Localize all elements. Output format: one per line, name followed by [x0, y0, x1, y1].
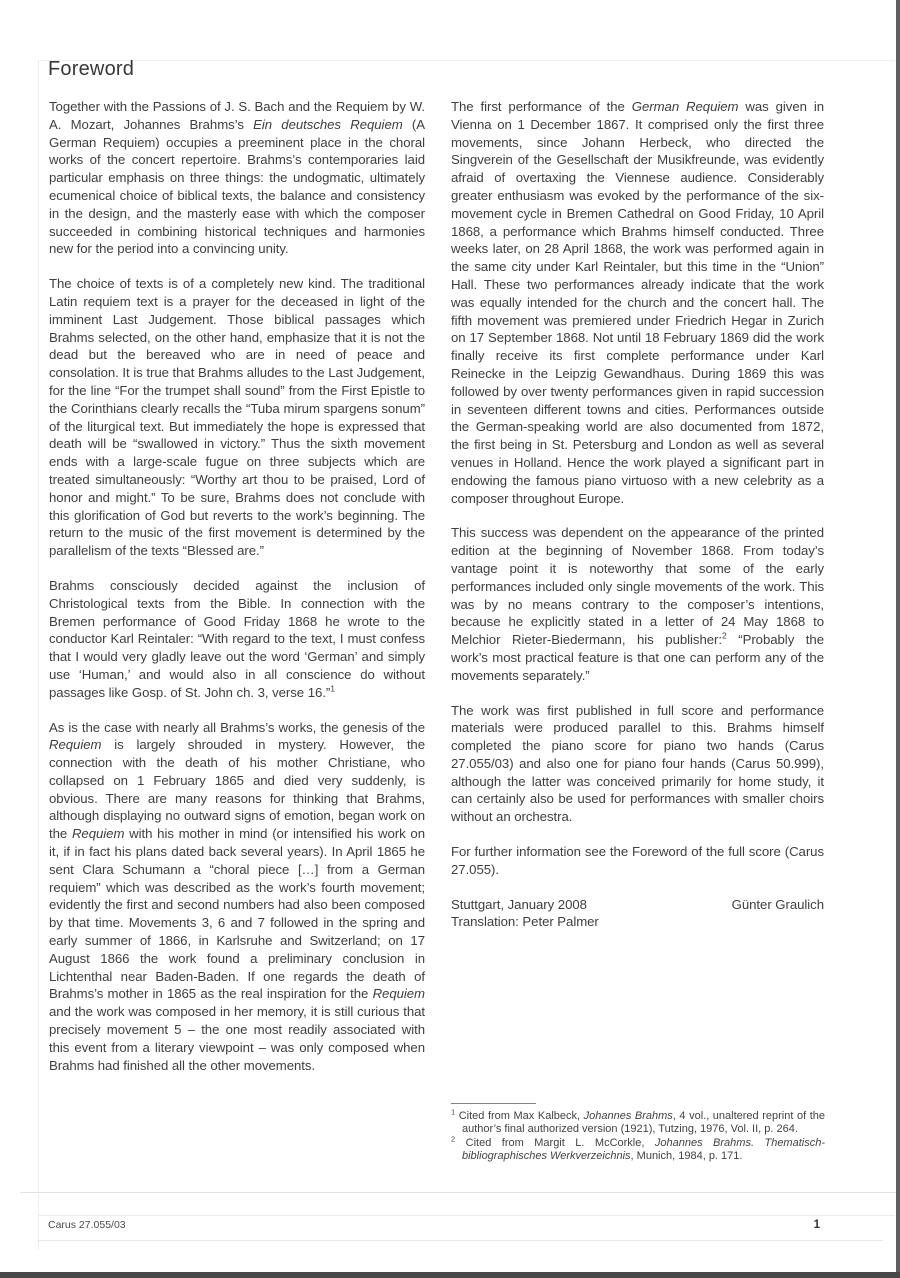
- footnotes-block: 1 Cited from Max Kalbeck, Johannes Brahm…: [451, 1103, 825, 1164]
- edition-number: Carus 27.055/03: [48, 1219, 126, 1231]
- signoff-block: Stuttgart, January 2008 Günter Graulich …: [451, 896, 824, 932]
- page-edge-line-left: [38, 60, 39, 1250]
- paragraph: As is the case with nearly all Brahms’s …: [49, 719, 425, 1075]
- scan-artifact-line: [20, 1192, 896, 1193]
- left-column: Together with the Passions of J. S. Bach…: [49, 98, 425, 1074]
- signoff-place-date: Stuttgart, January 2008: [451, 896, 587, 914]
- page-title: Foreword: [48, 58, 134, 81]
- paragraph: The work was first published in full sco…: [451, 702, 824, 827]
- page-number: 1: [814, 1219, 820, 1231]
- footnote-separator-rule: [451, 1103, 536, 1104]
- paragraph: Together with the Passions of J. S. Bach…: [49, 98, 425, 258]
- paragraph: Brahms consciously decided against the i…: [49, 577, 425, 702]
- page-edge-line-top: [38, 60, 895, 61]
- paragraph: 1 Cited from Max Kalbeck, Johannes Brahm…: [451, 1110, 825, 1137]
- scan-edge-bottom: [0, 1272, 900, 1278]
- right-column: The first performance of the German Requ…: [451, 98, 824, 931]
- footer-rule-top: [38, 1215, 895, 1216]
- signoff-translator: Translation: Peter Palmer: [451, 913, 824, 931]
- paragraph: For further information see the Foreword…: [451, 843, 824, 879]
- scan-edge-right: [896, 0, 900, 1278]
- scanned-page: Foreword Together with the Passions of J…: [0, 0, 900, 1278]
- footnote-list: 1 Cited from Max Kalbeck, Johannes Brahm…: [451, 1110, 825, 1164]
- paragraph: 2 Cited from Margit L. McCorkle, Johanne…: [451, 1137, 825, 1164]
- paragraph: The first performance of the German Requ…: [451, 98, 824, 507]
- signoff-author: Günter Graulich: [732, 896, 824, 914]
- signoff-row: Stuttgart, January 2008 Günter Graulich: [451, 896, 824, 914]
- paragraph: The choice of texts is of a completely n…: [49, 275, 425, 560]
- footer-rule-bottom: [38, 1240, 883, 1241]
- page-footer: Carus 27.055/03 1: [48, 1219, 820, 1231]
- paragraph: This success was dependent on the appear…: [451, 524, 824, 684]
- right-column-paragraphs: The first performance of the German Requ…: [451, 98, 824, 879]
